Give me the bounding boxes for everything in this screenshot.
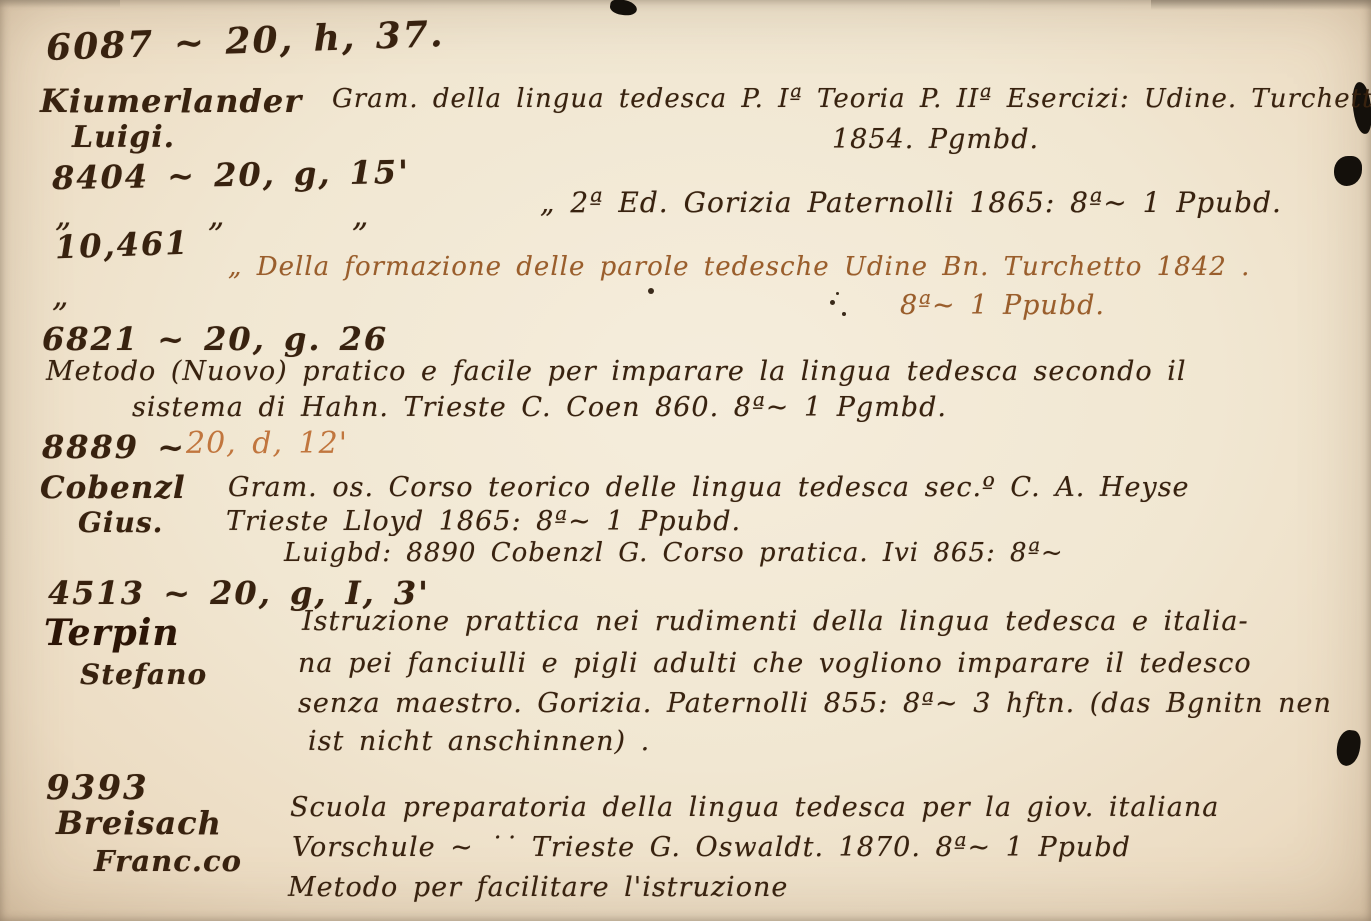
title-line: 8ª~ 1 Ppubd. — [900, 290, 1105, 321]
title-line: na pei fanciulli e pigli adulti che vogl… — [298, 648, 1252, 679]
author-name: Luigi. — [72, 120, 175, 155]
title-line: Metodo (Nuovo) pratico e facile per impa… — [46, 356, 1187, 387]
shelfmark: 10,461 — [54, 224, 190, 267]
title-line: Gram. della lingua tedesca P. Iª Teoria … — [332, 84, 1371, 114]
ink-speck — [836, 292, 839, 295]
author-name: Gius. — [78, 506, 163, 539]
author-name: Stefano — [80, 658, 207, 691]
title-line: Istruzione prattica nei rudimenti della … — [302, 606, 1249, 637]
paper-edge-shadow — [0, 0, 120, 8]
ditto-mark: „ — [208, 196, 226, 234]
title-line: Vorschule ~ ˙˙ Trieste G. Oswaldt. 1870.… — [292, 832, 1131, 863]
title-line: Scuola preparatoria della lingua tedesca… — [290, 792, 1219, 823]
title-line: Gram. os. Corso teorico delle lingua ted… — [228, 472, 1190, 503]
title-line: Metodo per facilitare l'istruzione — [288, 872, 788, 903]
author-name: Franc.co — [94, 844, 242, 878]
ink-speck — [648, 288, 654, 294]
paper-edge-shadow — [1151, 0, 1371, 10]
ink-blot — [609, 0, 638, 17]
title-line: senza maestro. Gorizia. Paternolli 855: … — [298, 688, 1332, 719]
ink-blot — [1335, 729, 1362, 767]
shelfmark: 8889 ~ — [42, 428, 186, 466]
ink-blot — [1334, 156, 1362, 186]
note-line: Luigbd: 8890 Cobenzl G. Corso pratica. I… — [284, 538, 1064, 568]
title-line: ist nicht anschinnen) . — [308, 726, 650, 757]
title-line: „ 2ª Ed. Gorizia Paternolli 1865: 8ª~ 1 … — [540, 186, 1282, 219]
author-name: Kiumerlander — [40, 82, 302, 120]
ditto-mark: „ — [52, 276, 70, 314]
title-line: „ Della formazione delle parole tedesche… — [228, 252, 1250, 282]
ink-speck — [842, 312, 846, 316]
ink-speck — [830, 300, 835, 305]
title-line: sistema di Hahn. Trieste C. Coen 860. 8ª… — [132, 392, 947, 423]
title-line: Trieste Lloyd 1865: 8ª~ 1 Ppubd. — [226, 506, 741, 537]
author-name: Terpin — [44, 612, 180, 654]
manuscript-page: 6087 ~ 20, h, 37. Kiumerlander Gram. del… — [0, 0, 1371, 921]
ditto-mark: „ — [352, 196, 370, 234]
author-name: Cobenzl — [40, 470, 186, 506]
shelfmark: 8404 ~ 20, g, 15' — [52, 153, 411, 197]
title-line: 1854. Pgmbd. — [832, 124, 1039, 155]
author-name: Breisach — [56, 804, 222, 842]
shelfmark-pencil: 20, d, 12' — [186, 426, 348, 461]
shelfmark: 9393 — [46, 768, 149, 808]
shelfmark: 6821 ~ 20, g. 26 — [42, 320, 388, 358]
shelfmark: 6087 ~ 20, h, 37. — [45, 13, 445, 69]
